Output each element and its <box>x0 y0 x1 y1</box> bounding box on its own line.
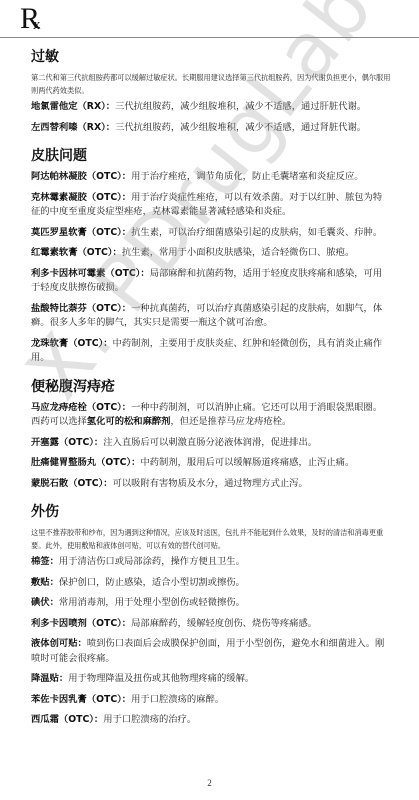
drug-name: 莫匹罗星软膏 <box>31 227 87 238</box>
drug-tag: （OTC）： <box>78 247 122 258</box>
drug-tag: （OTC）： <box>68 478 112 489</box>
drug-desc: 三代抗组胺药，减少组胺堆积，减少不适感，通过肾脏代谢。 <box>115 122 366 133</box>
drug-desc: 保护创口，防止感染，适合小型切割或擦伤。 <box>59 577 245 588</box>
drug-name: 苯佐卡因乳膏 <box>31 694 87 705</box>
drug-tag: ： <box>50 597 59 608</box>
drug-desc: 抗生素，可以治疗细菌感染引起的皮肤病，如毛囊炎、疖肿。 <box>131 227 382 238</box>
section-title: 便秘腹泻痔疮 <box>31 378 391 396</box>
section-intro: 这里不推荐胶带和纱布，因为遇到这种情况，应该及时送医，包扎并不能起到什么效果，及… <box>31 526 391 552</box>
drug-tag: ： <box>50 556 59 567</box>
drug-desc: 可以吸附有害物质及水分，通过物理方式止泻。 <box>113 478 308 489</box>
section-digestive: 便秘腹泻痔疮 马应龙痔疮栓（OTC）：一种中药制剂，可以消肿止痛。它还可以用于消… <box>31 378 391 492</box>
drug-tag: ： <box>78 638 87 649</box>
drug-item: 龙珠软膏（OTC）：中药制剂，主要用于皮肤炎症、红肿和轻微创伤，具有消炎止痛作用… <box>31 337 391 366</box>
drug-tag: （OTC）： <box>87 618 131 629</box>
drug-name: 开塞露 <box>31 437 59 448</box>
drug-name: 液体创可贴 <box>31 638 78 649</box>
drug-tag: （RX）： <box>78 122 116 133</box>
drug-name: 盐酸特比萘芬 <box>31 303 87 314</box>
section-allergy: 过敏 第二代和第三代抗组胺药都可以缓解过敏症状。长期服用建议选择第三代抗组胺药，… <box>31 48 391 135</box>
drug-tag: （OTC）： <box>87 402 131 413</box>
drug-desc: 局部麻醉药，缓解轻度创伤、烧伤等疼痛感。 <box>131 618 317 629</box>
drug-item: 地氯雷他定（RX）：三代抗组胺药，减少组胺堆积，减少不适感，通过肝脏代谢。 <box>31 100 391 115</box>
document-body: 过敏 第二代和第三代抗组胺药都可以缓解过敏症状。长期服用建议选择第三代抗组胺药，… <box>31 48 391 740</box>
drug-item: 盐酸特比萘芬（OTC）：一种抗真菌药，可以治疗真菌感染引起的皮肤病，如脚气，体癣… <box>31 302 391 331</box>
drug-item: 莫匹罗星软膏（OTC）：抗生素，可以治疗细菌感染引起的皮肤病，如毛囊炎、疖肿。 <box>31 226 391 241</box>
drug-tag: ： <box>50 577 59 588</box>
drug-desc: 常用消毒剂，用于处理小型创伤或轻微擦伤。 <box>59 597 245 608</box>
drug-desc: 注入直肠后可以刺激直肠分泌液体润滑，促进排出。 <box>103 437 317 448</box>
drug-tag: （OTC）： <box>87 303 131 314</box>
drug-desc: 用于治疗痤疮，调节角质化，防止毛囊堵塞和炎症反应。 <box>131 171 363 182</box>
drug-desc-emphasis: 氢化可的松和麻醉剂 <box>87 416 171 427</box>
drug-item: 肚痛健胃整肠丸（OTC）：中药制剂，服用后可以缓解肠道疼痛感，止泻止痛。 <box>31 456 391 471</box>
drug-name: 碘伏 <box>31 597 50 608</box>
drug-name: 利多卡因喷剂 <box>31 618 87 629</box>
drug-desc-after: ，但还是推荐马应龙痔疮栓。 <box>170 416 291 427</box>
drug-tag: （OTC）： <box>87 192 131 203</box>
drug-tag: （OTC）： <box>87 171 131 182</box>
section-title: 过敏 <box>31 48 391 66</box>
drug-item: 左西替利嗪（RX）：三代抗组胺药，减少组胺堆积，减少不适感，通过肾脏代谢。 <box>31 121 391 136</box>
drug-item: 棉签：用于清洁伤口或局部涂药，操作方便且卫生。 <box>31 555 391 570</box>
drug-name: 蒙脱石散 <box>31 478 68 489</box>
drug-item: 敷贴：保护创口，防止感染，适合小型切割或擦伤。 <box>31 576 391 591</box>
drug-name: 棉签 <box>31 556 50 567</box>
drug-item: 克林霉素凝胶（OTC）：用于治疗炎症性痤疮，可以有效杀菌。对于以红肿、脓包为特征… <box>31 191 391 220</box>
drug-desc: 抗生素，常用于小面积皮肤感染，适合轻微伤口、脓疱。 <box>122 247 354 258</box>
drug-desc: 用于口腔溃疡的麻醉。 <box>131 694 224 705</box>
section-intro: 第二代和第三代抗组胺药都可以缓解过敏症状。长期服用建议选择第三代抗组胺药，因为代… <box>31 71 391 97</box>
drug-desc: 用于物理降温及扭伤或其他物理疼痛的缓解。 <box>68 673 254 684</box>
drug-tag: （RX）： <box>78 101 116 112</box>
section-title: 外伤 <box>31 503 391 521</box>
drug-name: 利多卡因林可霉素 <box>31 268 105 279</box>
drug-desc: 用于清洁伤口或局部涂药，操作方便且卫生。 <box>59 556 245 567</box>
drug-name: 龙珠软膏 <box>31 338 68 349</box>
drug-tag: （OTC）： <box>59 714 103 725</box>
drug-tag: ： <box>59 673 68 684</box>
drug-item: 降温贴：用于物理降温及扭伤或其他物理疼痛的缓解。 <box>31 672 391 687</box>
page-number: 2 <box>0 778 419 788</box>
drug-item: 阿达帕林凝胶（OTC）：用于治疗痤疮，调节角质化，防止毛囊堵塞和炎症反应。 <box>31 170 391 185</box>
drug-desc: 用于口腔溃疡的治疗。 <box>103 714 196 725</box>
drug-item: 利多卡因林可霉素（OTC）：局部麻醉和抗菌药物，适用于轻度皮肤疼痛和感染，可用于… <box>31 267 391 296</box>
section-skin: 皮肤问题 阿达帕林凝胶（OTC）：用于治疗痤疮，调节角质化，防止毛囊堵塞和炎症反… <box>31 147 391 366</box>
drug-item: 蒙脱石散（OTC）：可以吸附有害物质及水分，通过物理方式止泻。 <box>31 477 391 492</box>
drug-item: 碘伏：常用消毒剂，用于处理小型创伤或轻微擦伤。 <box>31 596 391 611</box>
drug-item: 液体创可贴：喷到伤口表面后会成膜保护创面，用于小型创伤，避免水和细菌进入。刚喷时… <box>31 637 391 666</box>
drug-tag: （OTC）： <box>87 227 131 238</box>
drug-tag: （OTC）： <box>105 268 149 279</box>
drug-name: 马应龙痔疮栓 <box>31 402 87 413</box>
drug-desc: 三代抗组胺药，减少组胺堆积，减少不适感，通过肝脏代谢。 <box>115 101 366 112</box>
drug-tag: （OTC）： <box>59 437 103 448</box>
drug-name: 克林霉素凝胶 <box>31 192 87 203</box>
drug-name: 降温贴 <box>31 673 59 684</box>
drug-name: 敷贴 <box>31 577 50 588</box>
drug-item: 利多卡因喷剂（OTC）：局部麻醉药，缓解轻度创伤、烧伤等疼痛感。 <box>31 617 391 632</box>
rx-logo-sub: x <box>33 18 41 33</box>
drug-item: 西瓜霜（OTC）：用于口腔溃疡的治疗。 <box>31 713 391 728</box>
drug-name: 左西替利嗪 <box>31 122 78 133</box>
drug-tag: （OTC）： <box>96 457 140 468</box>
section-injury: 外伤 这里不推荐胶带和纱布，因为遇到这种情况，应该及时送医，包扎并不能起到什么效… <box>31 503 391 728</box>
drug-name: 红霉素软膏 <box>31 247 78 258</box>
drug-tag: （OTC）： <box>87 694 131 705</box>
header-divider <box>0 37 419 38</box>
drug-name: 肚痛健胃整肠丸 <box>31 457 96 468</box>
drug-item: 红霉素软膏（OTC）：抗生素，常用于小面积皮肤感染，适合轻微伤口、脓疱。 <box>31 246 391 261</box>
drug-item: 马应龙痔疮栓（OTC）：一种中药制剂，可以消肿止痛。它还可以用于消眼袋黑眼圈。西… <box>31 401 391 430</box>
drug-name: 阿达帕林凝胶 <box>31 171 87 182</box>
drug-item: 苯佐卡因乳膏（OTC）：用于口腔溃疡的麻醉。 <box>31 693 391 708</box>
drug-name: 西瓜霜 <box>31 714 59 725</box>
drug-tag: （OTC）： <box>68 338 112 349</box>
rx-logo: Rx <box>20 4 40 34</box>
drug-desc: 中药制剂，服用后可以缓解肠道疼痛感，止泻止痛。 <box>140 457 354 468</box>
drug-name: 地氯雷他定 <box>31 101 78 112</box>
drug-item: 开塞露（OTC）：注入直肠后可以刺激直肠分泌液体润滑，促进排出。 <box>31 436 391 451</box>
section-title: 皮肤问题 <box>31 147 391 165</box>
